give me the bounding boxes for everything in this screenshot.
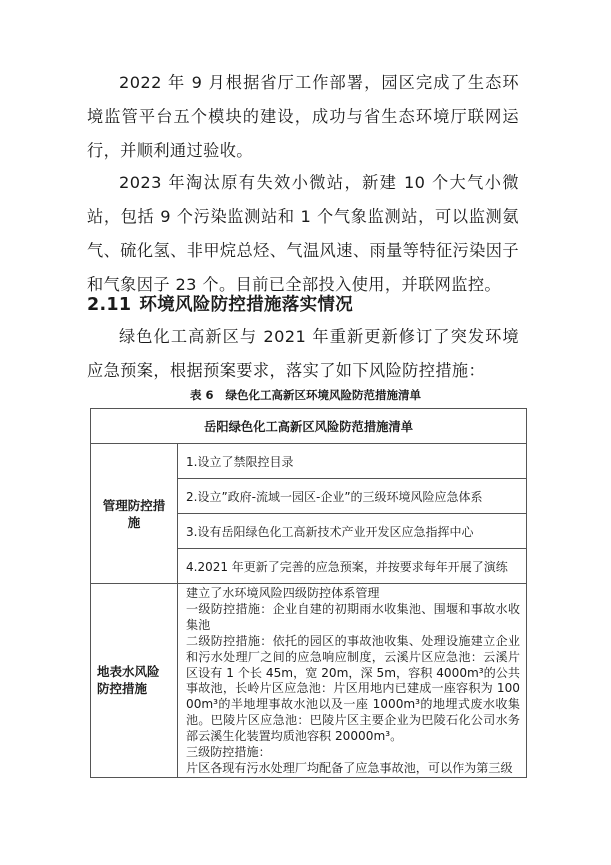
measure-item: 2.设立”政府-流域一园区-企业”的三级环境风险应急体系 bbox=[178, 479, 527, 514]
measure-line: 二级防控措施：依托的园区的事故池收集、处理设施建立企业和污水处理厂之间的应急响应… bbox=[186, 634, 520, 745]
measure-line: 片区各现有污水处理厂均配备了应急事故池，可以作为第三级 bbox=[186, 761, 520, 777]
table-caption: 表 6绿色化工高新区环境风险防范措施清单 bbox=[0, 386, 611, 404]
document-page: 2022 年 9 月根据省厅工作部署，园区完成了生态环境监管平台五个模块的建设，… bbox=[0, 0, 611, 865]
paragraph-monitoring-platform: 2022 年 9 月根据省厅工作部署，园区完成了生态环境监管平台五个模块的建设，… bbox=[87, 66, 519, 168]
measure-item: 4.2021 年更新了完善的应急预案，并按要求每年开展了演练 bbox=[178, 549, 527, 584]
paragraph-micro-stations: 2023 年淘汰原有失效小微站，新建 10 个大气小微站，包括 9 个污染监测站… bbox=[87, 166, 519, 302]
table-number: 表 6 bbox=[190, 388, 214, 402]
section-number: 2.11 bbox=[87, 295, 131, 315]
measure-line: 建立了水环境风险四级防控体系管理 bbox=[186, 586, 520, 602]
measure-line: 一级防控措施：企业自建的初期雨水收集池、围堰和事故水收集池 bbox=[186, 602, 520, 634]
risk-measures-table: 岳阳绿色化工高新区风险防范措施清单 管理防控措施 1.设立了禁限控目录 2.设立… bbox=[90, 408, 527, 778]
table-row: 地表水风险防控措施 建立了水环境风险四级防控体系管理 一级防控措施：企业自建的初… bbox=[91, 584, 527, 778]
table-row: 管理防控措施 1.设立了禁限控目录 bbox=[91, 444, 527, 479]
section-title: 环境风险防控措施落实情况 bbox=[139, 295, 353, 315]
table-caption-title: 绿色化工高新区环境风险防范措施清单 bbox=[226, 388, 422, 402]
category-management: 管理防控措施 bbox=[91, 444, 178, 584]
measure-line: 三级防控措施： bbox=[186, 745, 520, 761]
measure-item: 3.设有岳阳绿色化工高新技术产业开发区应急指挥中心 bbox=[178, 514, 527, 549]
section-heading: 2.11环境风险防控措施落实情况 bbox=[87, 290, 353, 320]
category-surface-water: 地表水风险防控措施 bbox=[91, 584, 178, 778]
paragraph-intro: 绿色化工高新区与 2021 年重新更新修订了突发环境应急预案，根据预案要求，落实… bbox=[87, 320, 519, 388]
table-title: 岳阳绿色化工高新区风险防范措施清单 bbox=[91, 409, 527, 444]
surface-water-measures: 建立了水环境风险四级防控体系管理 一级防控措施：企业自建的初期雨水收集池、围堰和… bbox=[178, 584, 527, 778]
table-title-row: 岳阳绿色化工高新区风险防范措施清单 bbox=[91, 409, 527, 444]
measure-item: 1.设立了禁限控目录 bbox=[178, 444, 527, 479]
